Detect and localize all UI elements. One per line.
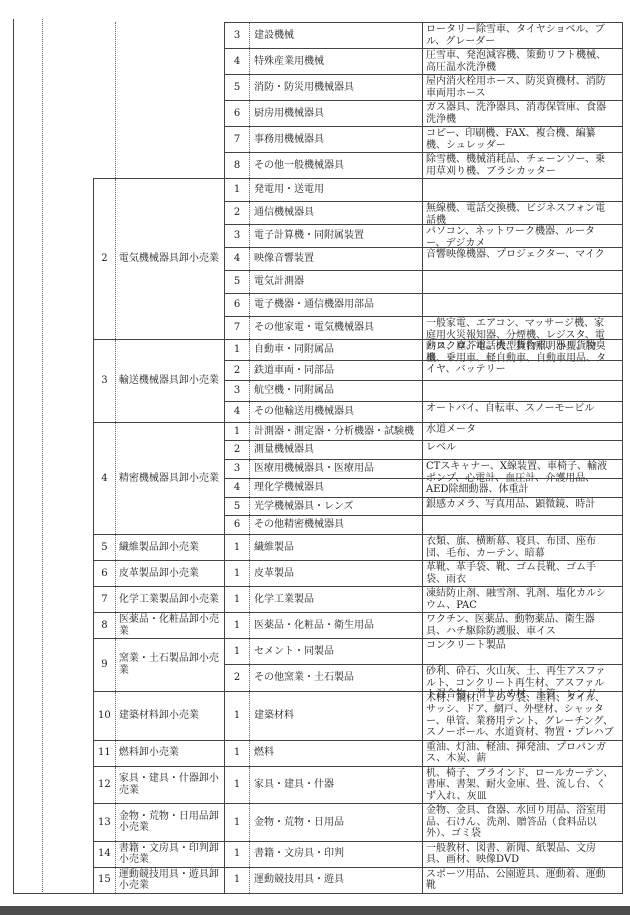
examples-list: 圧雪車、発泡減容機、策動リフト機械、高圧温水洗浄機	[423, 49, 622, 74]
subcategory-name: その他一般機械器具	[250, 153, 423, 178]
category-block: 9 窯業・土石製品卸小売業 1 セメント・同製品 コンクリート製品 2 その他窯…	[93, 638, 622, 691]
subcategory-number: 2	[225, 361, 250, 381]
examples-list	[423, 361, 622, 381]
subcategory-name: 電子機器・通信機器用部品	[250, 294, 423, 316]
subcategory-name: 発電用・送電用	[250, 179, 423, 201]
subcategory-number: 6	[225, 294, 250, 316]
subcategory-row: 2 その他窯業・土石製品 砂利、砕石、火山灰、土、再生アスファルト、コンクリート…	[225, 664, 622, 690]
subcategory-row: 1 家具・建具・什器 机、椅子、ブラインド、ロールカーテン、書庫、書架、耐火金庫…	[225, 767, 622, 804]
subcategory-number: 3	[225, 381, 250, 401]
subcategory-row: 8 その他一般機械器具 除雪機、機械消耗品、チェーンソー、乗用草刈り機、ブラシカ…	[225, 152, 622, 178]
subcategory-number: 2	[225, 202, 250, 224]
subcategory-row: 7 その他家電・電気機械器具 一般家電、エアコン、マッサージ機、家庭用火災報知器…	[225, 316, 622, 339]
examples-list: 銀感カメラ、写真用品、顕微鏡、時計	[423, 498, 622, 516]
subcategory-table: 1 計測器・測定器・分析機器・試験機 水道メータ 2 測量機械器具 レベル 3 …	[225, 423, 622, 535]
category-name: 書籍・文房具・印判卸小売業	[116, 842, 225, 867]
document-page: 3 建設機械 ロータリー除雪車、タイヤショベル、ブル、グレーダー 4 特殊産業用…	[0, 0, 630, 915]
category-number: 8	[93, 613, 116, 638]
examples-list: 音響映像機器、プロジェクター、マイク	[423, 248, 622, 270]
examples-list	[423, 516, 622, 534]
category-number: 13	[93, 804, 116, 841]
category-name: 輸送機械器具卸小売業	[116, 340, 225, 422]
category-block: 2 電気機械器具卸小売業 1 発電用・送電用 2 通信機械器具 無線機、電話交換…	[93, 178, 622, 339]
subcategory-name: 燃料	[250, 741, 423, 766]
category-number: 9	[93, 639, 116, 691]
subcategory-row: 1 医薬品・化粧品・衛生用品 ワクチン、医薬品、動物薬品、衛生器具、ハチ駆除防護…	[225, 613, 622, 638]
subcategory-number: 7	[225, 317, 250, 339]
subcategory-number: 1	[225, 639, 250, 664]
subcategory-number: 1	[225, 535, 250, 560]
category-block: 4 精密機械器具卸小売業 1 計測器・測定器・分析機器・試験機 水道メータ 2 …	[93, 422, 622, 535]
category-name: 精密機械器具卸小売業	[116, 423, 225, 535]
subcategory-row: 1 書籍・文房具・印判 一般教材、図書、新聞、紙製品、文房具、画材、映像DVD	[225, 842, 622, 867]
examples-list: 砂利、砕石、火山灰、土、再生アスファルト、コンクリート再生材、アスファルト混合物…	[423, 665, 622, 690]
category-name: 家具・建具・什器卸小売業	[116, 767, 225, 804]
subcategory-number: 1	[225, 340, 250, 360]
examples-list: オートバイ、自転車、スノーモービル	[423, 402, 622, 422]
subcategory-name: 映像音響装置	[250, 248, 423, 270]
examples-list: スポーツ用品、公園遊具、運動着、運動靴	[423, 868, 622, 893]
subcategory-row: 1 運動競技用具・遊具 スポーツ用品、公園遊具、運動着、運動靴	[225, 868, 622, 893]
subcategory-table: 1 燃料 重油、灯油、軽油、揮発油、プロパンガス、木炭、薪	[225, 741, 622, 766]
subcategory-name: 理化学機械器具	[250, 479, 423, 497]
subcategory-row: 1 発電用・送電用	[225, 179, 622, 201]
subcategory-table: 1 皮革製品 革靴、革手袋、靴、ゴム長靴、ゴム手袋、雨衣	[225, 561, 622, 586]
subcategory-name: 金物・荒物・日用品	[250, 804, 423, 841]
subcategory-number: 3	[225, 460, 250, 478]
category-number: 4	[93, 423, 116, 535]
subcategory-number: 1	[225, 561, 250, 586]
category-block: 3 輸送機械器具卸小売業 1 自動車・同附属品 バス、塵芥車、大型貨物車、小型貨…	[93, 339, 622, 422]
subcategory-row: 1 皮革製品 革靴、革手袋、靴、ゴム長靴、ゴム手袋、雨衣	[225, 561, 622, 586]
subcategory-table: 1 繊維製品 衣類、旗、横断幕、寝具、布団、座布団、毛布、カーテン、暗幕	[225, 535, 622, 560]
examples-list: 金物、金具、食器、水回り用品、浴室用品、石けん、洗剤、贈答品（食料品以外）、ゴミ…	[423, 804, 622, 841]
subcategory-table: 1 化学工業製品 凍結防止剤、融雪剤、乳剤、塩化カルシウム、PAC	[225, 587, 622, 612]
category-block: 6 皮革製品卸小売業 1 皮革製品 革靴、革手袋、靴、ゴム長靴、ゴム手袋、雨衣	[93, 560, 622, 586]
category-name	[116, 22, 225, 178]
examples-list	[423, 381, 622, 401]
subcategory-name: 建築材料	[250, 692, 423, 740]
subcategory-name: 建設機械	[250, 23, 423, 48]
subcategory-row: 4 その他輸送用機械器具 オートバイ、自転車、スノーモービル	[225, 401, 622, 422]
subcategory-name: その他輸送用機械器具	[250, 402, 423, 422]
subcategory-name: 皮革製品	[250, 561, 423, 586]
subcategory-name: 家具・建具・什器	[250, 767, 423, 804]
subcategory-number: 3	[225, 225, 250, 247]
examples-list: コンクリート製品	[423, 639, 622, 664]
examples-list: 重油、灯油、軽油、揮発油、プロパンガス、木炭、薪	[423, 741, 622, 766]
subcategory-number: 3	[225, 23, 250, 48]
subcategory-number: 2	[225, 665, 250, 690]
subcategory-name: 光学機械器具・レンズ	[250, 498, 423, 516]
examples-list	[423, 294, 622, 316]
subcategory-name: 医療用機械器具・医療用品	[250, 460, 423, 478]
subcategory-number: 6	[225, 516, 250, 534]
subcategory-row: 1 建築材料 木材、鋼材、土のう袋、塗料、タイル、サッシ、ドア、網戸、外壁材、シ…	[225, 692, 622, 740]
subcategory-row: 2 測量機械器具 レベル	[225, 440, 622, 459]
subcategory-number: 7	[225, 127, 250, 152]
subcategory-row: 2 鉄道車両・同部品	[225, 360, 622, 381]
category-block: 3 建設機械 ロータリー除雪車、タイヤショベル、ブル、グレーダー 4 特殊産業用…	[93, 22, 622, 178]
category-name: 金物・荒物・日用品卸小売業	[116, 804, 225, 841]
examples-list: 一般家電、エアコン、マッサージ機、家庭用火災報知器、分煙機、レジスタ、電動ロクロ…	[423, 317, 622, 339]
examples-list: 衣類、旗、横断幕、寝具、布団、座布団、毛布、カーテン、暗幕	[423, 535, 622, 560]
subcategory-number: 6	[225, 101, 250, 126]
subcategory-table: 1 発電用・送電用 2 通信機械器具 無線機、電話交換機、ビジネスフォン電話機 …	[225, 179, 622, 339]
examples-list: 屋内消火栓用ホース、防災資機材、消防車両用ホース	[423, 75, 622, 100]
examples-list: バス、塵芥車、大型貨物車、小型貨物車、乗用車、軽自動車、自動車用品、タイヤ、バッ…	[423, 340, 622, 360]
category-name: 窯業・土石製品卸小売業	[116, 639, 225, 691]
subcategory-number: 5	[225, 75, 250, 100]
category-number: 5	[93, 535, 116, 560]
subcategory-number: 1	[225, 179, 250, 201]
category-name: 建築材料卸小売業	[116, 692, 225, 740]
subcategory-table: 1 医薬品・化粧品・衛生用品 ワクチン、医薬品、動物薬品、衛生器具、ハチ駆除防護…	[225, 613, 622, 638]
subcategory-name: 化学工業製品	[250, 587, 423, 612]
subcategory-name: 電子計算機・同附属装置	[250, 225, 423, 247]
category-number: 7	[93, 587, 116, 612]
subcategory-number: 4	[225, 479, 250, 497]
subcategory-row: 1 燃料 重油、灯油、軽油、揮発油、プロパンガス、木炭、薪	[225, 741, 622, 766]
examples-list: レベル	[423, 441, 622, 459]
subcategory-table: 1 自動車・同附属品 バス、塵芥車、大型貨物車、小型貨物車、乗用車、軽自動車、自…	[225, 340, 622, 422]
subcategory-number: 1	[225, 692, 250, 740]
subcategory-row: 3 医療用機械器具・医療用品 CTスキャナー、X線装置、車椅子、輸液ポンプ、心電…	[225, 459, 622, 478]
category-block: 11 燃料卸小売業 1 燃料 重油、灯油、軽油、揮発油、プロパンガス、木炭、薪	[93, 740, 622, 766]
subcategory-row: 5 光学機械器具・レンズ 銀感カメラ、写真用品、顕微鏡、時計	[225, 497, 622, 516]
category-number	[93, 22, 116, 178]
table-bottom-border	[13, 893, 623, 894]
examples-list: 除雪機、機械消耗品、チェーンソー、乗用草刈り機、ブラシカッター	[423, 153, 622, 178]
examples-list: 無線機、電話交換機、ビジネスフォン電話機	[423, 202, 622, 224]
subcategory-number: 1	[225, 741, 250, 766]
subcategory-row: 3 航空機・同附属品	[225, 380, 622, 401]
subcategory-number: 8	[225, 153, 250, 178]
subcategory-name: 特殊産業用機械	[250, 49, 423, 74]
subcategory-name: 厨房用機械器具	[250, 101, 423, 126]
examples-list	[423, 179, 622, 201]
category-number: 3	[93, 340, 116, 422]
page-edge-bar	[0, 906, 630, 915]
subcategory-name: セメント・同製品	[250, 639, 423, 664]
subcategory-name: 書籍・文房具・印判	[250, 842, 423, 867]
examples-list: ガス器具、洗浄器具、消毒保管庫、食器洗浄機	[423, 101, 622, 126]
category-block: 14 書籍・文房具・印判卸小売業 1 書籍・文房具・印判 一般教材、図書、新聞、…	[93, 841, 622, 867]
subcategory-name: 医薬品・化粧品・衛生用品	[250, 613, 423, 638]
subcategory-table: 1 金物・荒物・日用品 金物、金具、食器、水回り用品、浴室用品、石けん、洗剤、贈…	[225, 804, 622, 841]
examples-list: パソコン、ネットワーク機器、ルーター、デジカメ	[423, 225, 622, 247]
category-number: 14	[93, 842, 116, 867]
subcategory-name: 航空機・同附属品	[250, 381, 423, 401]
examples-list: ワクチン、医薬品、動物薬品、衛生器具、ハチ駆除防護服、車イス	[423, 613, 622, 638]
subcategory-number: 4	[225, 248, 250, 270]
category-block: 12 家具・建具・什器卸小売業 1 家具・建具・什器 机、椅子、ブラインド、ロー…	[93, 766, 622, 804]
subcategory-number: 1	[225, 587, 250, 612]
subcategory-row: 3 電子計算機・同附属装置 パソコン、ネットワーク機器、ルーター、デジカメ	[225, 224, 622, 247]
category-number: 15	[93, 868, 116, 893]
subcategory-table: 1 セメント・同製品 コンクリート製品 2 その他窯業・土石製品 砂利、砕石、火…	[225, 639, 622, 691]
subcategory-row: 1 セメント・同製品 コンクリート製品	[225, 639, 622, 664]
subcategory-name: その他精密機械器具	[250, 516, 423, 534]
subcategory-row: 1 化学工業製品 凍結防止剤、融雪剤、乳剤、塩化カルシウム、PAC	[225, 587, 622, 612]
subcategory-name: 事務用機械器具	[250, 127, 423, 152]
subcategory-name: 通信機械器具	[250, 202, 423, 224]
examples-list: コピー、印刷機、FAX、複合機、編纂機、シュレッダー	[423, 127, 622, 152]
subcategory-table: 1 家具・建具・什器 机、椅子、ブラインド、ロールカーテン、書庫、書架、耐火金庫…	[225, 767, 622, 804]
examples-list	[423, 271, 622, 293]
examples-list: CTスキャナー、X線装置、車椅子、輸液ポンプ、心電計、血圧計、介護用品、AED除…	[423, 460, 622, 478]
classification-table: 3 建設機械 ロータリー除雪車、タイヤショベル、ブル、グレーダー 4 特殊産業用…	[93, 22, 623, 893]
subcategory-row: 6 厨房用機械器具 ガス器具、洗浄器具、消毒保管庫、食器洗浄機	[225, 100, 622, 126]
subcategory-table: 3 建設機械 ロータリー除雪車、タイヤショベル、ブル、グレーダー 4 特殊産業用…	[225, 22, 622, 178]
examples-list: 革靴、革手袋、靴、ゴム長靴、ゴム手袋、雨衣	[423, 561, 622, 586]
subcategory-name: その他家電・電気機械器具	[250, 317, 423, 339]
category-number: 2	[93, 179, 116, 339]
outer-column-divider	[42, 19, 43, 894]
subcategory-name: 運動競技用具・遊具	[250, 868, 423, 893]
category-block: 7 化学工業製品卸小売業 1 化学工業製品 凍結防止剤、融雪剤、乳剤、塩化カルシ…	[93, 586, 622, 612]
category-number: 11	[93, 741, 116, 766]
subcategory-row: 7 事務用機械器具 コピー、印刷機、FAX、複合機、編纂機、シュレッダー	[225, 126, 622, 152]
subcategory-number: 1	[225, 423, 250, 441]
examples-list: 机、椅子、ブラインド、ロールカーテン、書庫、書架、耐火金庫、畳、流し台、くず入れ…	[423, 767, 622, 804]
subcategory-name: 繊維製品	[250, 535, 423, 560]
subcategory-name: 自動車・同附属品	[250, 340, 423, 360]
subcategory-number: 5	[225, 498, 250, 516]
subcategory-number: 4	[225, 49, 250, 74]
subcategory-row: 4 理化学機械器具	[225, 478, 622, 497]
category-name: 医薬品・化粧品卸小売業	[116, 613, 225, 638]
subcategory-number: 1	[225, 868, 250, 893]
subcategory-number: 5	[225, 271, 250, 293]
examples-list: 木材、鋼材、土のう袋、塗料、タイル、サッシ、ドア、網戸、外壁材、シャッター、単管…	[423, 692, 622, 740]
examples-list	[423, 479, 622, 497]
category-name: 電気機械器具卸小売業	[116, 179, 225, 339]
category-name: 繊維製品卸小売業	[116, 535, 225, 560]
examples-list: 一般教材、図書、新聞、紙製品、文房具、画材、映像DVD	[423, 842, 622, 867]
subcategory-row: 6 電子機器・通信機器用部品	[225, 293, 622, 316]
category-number: 10	[93, 692, 116, 740]
subcategory-row: 4 特殊産業用機械 圧雪車、発泡減容機、策動リフト機械、高圧温水洗浄機	[225, 48, 622, 74]
subcategory-row: 1 金物・荒物・日用品 金物、金具、食器、水回り用品、浴室用品、石けん、洗剤、贈…	[225, 804, 622, 841]
subcategory-row: 5 消防・防災用機械器具 屋内消火栓用ホース、防災資機材、消防車両用ホース	[225, 74, 622, 100]
subcategory-row: 1 繊維製品 衣類、旗、横断幕、寝具、布団、座布団、毛布、カーテン、暗幕	[225, 535, 622, 560]
examples-list: 水道メータ	[423, 423, 622, 441]
category-block: 5 繊維製品卸小売業 1 繊維製品 衣類、旗、横断幕、寝具、布団、座布団、毛布、…	[93, 534, 622, 560]
subcategory-row: 1 計測器・測定器・分析機器・試験機 水道メータ	[225, 423, 622, 441]
subcategory-name: その他窯業・土石製品	[250, 665, 423, 690]
subcategory-table: 1 書籍・文房具・印判 一般教材、図書、新聞、紙製品、文房具、画材、映像DVD	[225, 842, 622, 867]
subcategory-row: 6 その他精密機械器具	[225, 515, 622, 534]
category-name: 化学工業製品卸小売業	[116, 587, 225, 612]
examples-list: 凍結防止剤、融雪剤、乳剤、塩化カルシウム、PAC	[423, 587, 622, 612]
category-block: 15 運動競技用具・遊具卸小売業 1 運動競技用具・遊具 スポーツ用品、公園遊具…	[93, 867, 622, 893]
outer-left-border	[13, 19, 14, 894]
subcategory-row: 3 建設機械 ロータリー除雪車、タイヤショベル、ブル、グレーダー	[225, 23, 622, 48]
category-number: 6	[93, 561, 116, 586]
category-block: 13 金物・荒物・日用品卸小売業 1 金物・荒物・日用品 金物、金具、食器、水回…	[93, 803, 622, 841]
subcategory-row: 2 通信機械器具 無線機、電話交換機、ビジネスフォン電話機	[225, 201, 622, 224]
subcategory-number: 1	[225, 767, 250, 804]
category-block: 8 医薬品・化粧品卸小売業 1 医薬品・化粧品・衛生用品 ワクチン、医薬品、動物…	[93, 612, 622, 638]
subcategory-number: 2	[225, 441, 250, 459]
subcategory-row: 5 電気計測器	[225, 270, 622, 293]
subcategory-number: 4	[225, 402, 250, 422]
subcategory-number: 1	[225, 804, 250, 841]
subcategory-number: 1	[225, 842, 250, 867]
category-name: 運動競技用具・遊具卸小売業	[116, 868, 225, 893]
subcategory-name: 測量機械器具	[250, 441, 423, 459]
category-name: 皮革製品卸小売業	[116, 561, 225, 586]
examples-list: ロータリー除雪車、タイヤショベル、ブル、グレーダー	[423, 23, 622, 48]
subcategory-name: 消防・防災用機械器具	[250, 75, 423, 100]
subcategory-row: 1 自動車・同附属品 バス、塵芥車、大型貨物車、小型貨物車、乗用車、軽自動車、自…	[225, 340, 622, 360]
subcategory-number: 1	[225, 613, 250, 638]
subcategory-table: 1 建築材料 木材、鋼材、土のう袋、塗料、タイル、サッシ、ドア、網戸、外壁材、シ…	[225, 692, 622, 740]
subcategory-table: 1 運動競技用具・遊具 スポーツ用品、公園遊具、運動着、運動靴	[225, 868, 622, 893]
category-block: 10 建築材料卸小売業 1 建築材料 木材、鋼材、土のう袋、塗料、タイル、サッシ…	[93, 691, 622, 740]
category-name: 燃料卸小売業	[116, 741, 225, 766]
category-number: 12	[93, 767, 116, 804]
subcategory-name: 電気計測器	[250, 271, 423, 293]
subcategory-row: 4 映像音響装置 音響映像機器、プロジェクター、マイク	[225, 247, 622, 270]
subcategory-name: 計測器・測定器・分析機器・試験機	[250, 423, 423, 441]
subcategory-name: 鉄道車両・同部品	[250, 361, 423, 381]
